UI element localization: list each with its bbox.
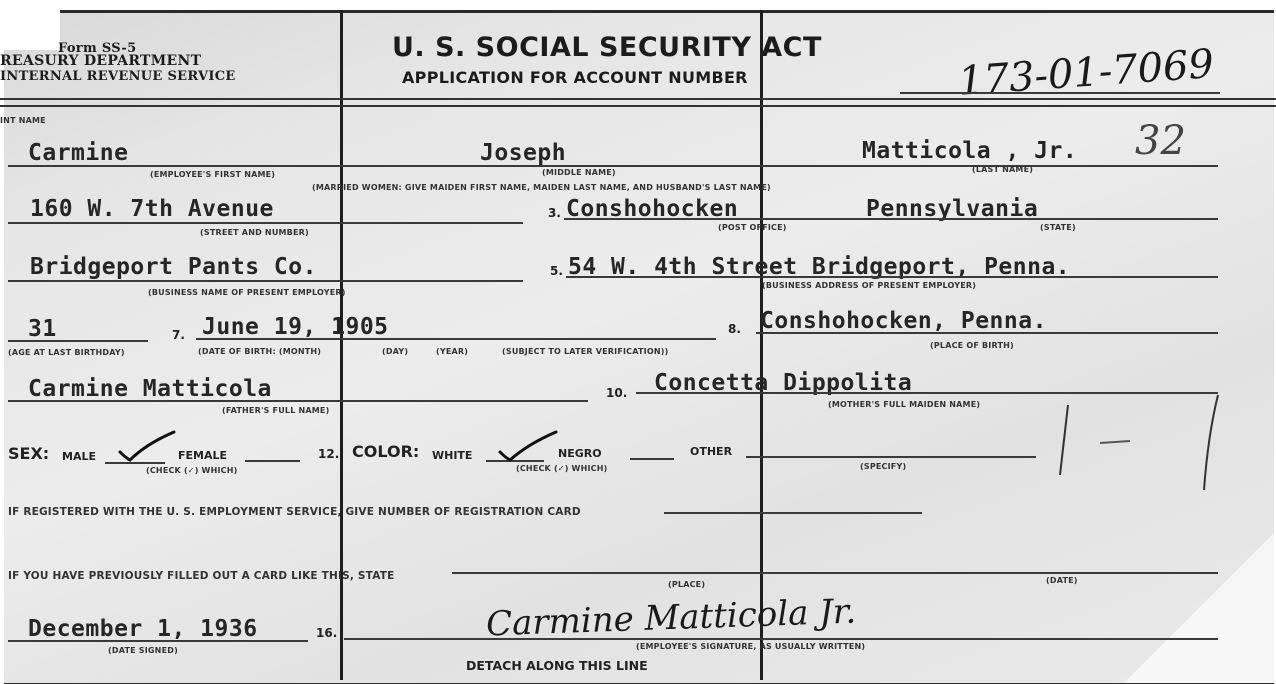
- fold-line-right: [760, 10, 763, 680]
- married-women-note: (MARRIED WOMEN: GIVE MAIDEN FIRST NAME, …: [312, 183, 771, 192]
- street-caption: (STREET AND NUMBER): [200, 228, 309, 237]
- father-name-value[interactable]: Carmine Matticola: [28, 376, 272, 402]
- service: INTERNAL REVENUE SERVICE: [0, 70, 236, 83]
- color-negro-label: NEGRO: [558, 447, 602, 460]
- employment-service-input[interactable]: [664, 512, 922, 514]
- page-title: U. S. SOCIAL SECURITY ACT: [392, 32, 822, 63]
- previous-card-date-caption: (DATE): [1046, 576, 1078, 585]
- mother-name-caption: (MOTHER'S FULL MAIDEN NAME): [828, 400, 980, 409]
- previous-card-label: IF YOU HAVE PREVIOUSLY FILLED OUT A CARD…: [8, 570, 394, 582]
- street-value[interactable]: 160 W. 7th Avenue: [30, 196, 274, 222]
- page-subtitle: APPLICATION FOR ACCOUNT NUMBER: [402, 68, 748, 87]
- first-name-caption: (EMPLOYEE'S FIRST NAME): [150, 170, 275, 179]
- employment-service-label: IF REGISTERED WITH THE U. S. EMPLOYMENT …: [8, 506, 581, 518]
- age-caption: (AGE AT LAST BIRTHDAY): [8, 348, 125, 357]
- previous-card-input[interactable]: [452, 572, 1218, 574]
- checkmark-icon: [118, 430, 178, 466]
- color-white-label: WHITE: [432, 449, 472, 462]
- field-number-12: 12.: [318, 447, 339, 461]
- section-label: INT NAME: [0, 116, 46, 125]
- dob-caption-day: (DAY): [382, 347, 408, 356]
- employer-address-caption: (BUSINESS ADDRESS OF PRESENT EMPLOYER): [762, 281, 976, 290]
- color-other-input[interactable]: [746, 456, 1036, 458]
- first-name-value[interactable]: Carmine: [28, 140, 128, 166]
- row-line: [8, 280, 523, 282]
- middle-name-caption: (MIDDLE NAME): [542, 168, 616, 177]
- field-number-10: 10.: [606, 386, 627, 400]
- color-specify-caption: (SPECIFY): [860, 462, 906, 471]
- dob-value[interactable]: June 19, 1905: [202, 314, 389, 340]
- sex-caption: (CHECK (✓) WHICH): [146, 466, 237, 475]
- last-name-value[interactable]: Matticola , Jr.: [862, 138, 1077, 164]
- row-line: [8, 165, 1218, 167]
- detach-line-label: DETACH ALONG THIS LINE: [466, 658, 648, 673]
- row-line: [8, 400, 588, 402]
- color-other-label: OTHER: [690, 445, 732, 458]
- field-number-5: 5.: [550, 264, 563, 278]
- signature-line: [344, 638, 1218, 640]
- dob-caption-month: (DATE OF BIRTH: (MONTH): [198, 347, 321, 356]
- row-line: [8, 222, 523, 224]
- row-line: [8, 340, 148, 342]
- color-negro-checkbox[interactable]: [630, 458, 674, 460]
- middle-name-value[interactable]: Joseph: [480, 140, 566, 166]
- row-line: [196, 338, 716, 340]
- post-office-caption: (POST OFFICE): [718, 223, 787, 232]
- date-signed-caption: (DATE SIGNED): [108, 646, 178, 655]
- field-number-16: 16.: [316, 626, 337, 640]
- folded-corner: [1124, 533, 1274, 683]
- account-number-line: [900, 92, 1220, 94]
- row-line: [756, 332, 1218, 334]
- date-signed-value[interactable]: December 1, 1936: [28, 616, 258, 642]
- last-name-caption: (LAST NAME): [972, 165, 1033, 174]
- torn-edge-top: [570, 0, 970, 10]
- margin-note: 32: [1135, 118, 1186, 164]
- sex-male-label: MALE: [62, 450, 96, 463]
- color-label: COLOR:: [352, 442, 419, 461]
- sex-label: SEX:: [8, 444, 49, 463]
- employer-name-value[interactable]: Bridgeport Pants Co.: [30, 254, 317, 280]
- birthplace-value[interactable]: Conshohocken, Penna.: [760, 308, 1047, 334]
- sex-female-label: FEMALE: [178, 449, 227, 462]
- employer-name-caption: (BUSINESS NAME OF PRESENT EMPLOYER): [148, 288, 346, 297]
- field-number-7: 7.: [172, 328, 185, 342]
- dob-caption-verification: (SUBJECT TO LATER VERIFICATION)): [502, 347, 668, 356]
- previous-card-place-caption: (PLACE): [668, 580, 705, 589]
- dob-caption-year: (YEAR): [436, 347, 468, 356]
- field-number-3: 3.: [548, 206, 561, 220]
- age-value[interactable]: 31: [28, 316, 57, 342]
- state-caption: (STATE): [1040, 223, 1076, 232]
- row-line: [636, 392, 1218, 394]
- signature-caption: (EMPLOYEE'S SIGNATURE, AS USUALLY WRITTE…: [636, 642, 865, 651]
- father-name-caption: (FATHER'S FULL NAME): [222, 406, 329, 415]
- birthplace-caption: (PLACE OF BIRTH): [930, 341, 1014, 350]
- checkmark-icon: [498, 430, 560, 466]
- department: REASURY DEPARTMENT: [0, 55, 201, 68]
- handwritten-marks: [1058, 395, 1228, 505]
- row-line: [564, 218, 1218, 220]
- header-divider: [0, 98, 1276, 107]
- row-line: [566, 276, 1218, 278]
- field-number-8: 8.: [728, 322, 741, 336]
- sex-female-checkbox[interactable]: [245, 460, 300, 462]
- row-line: [8, 640, 308, 642]
- torn-edge: [0, 0, 60, 50]
